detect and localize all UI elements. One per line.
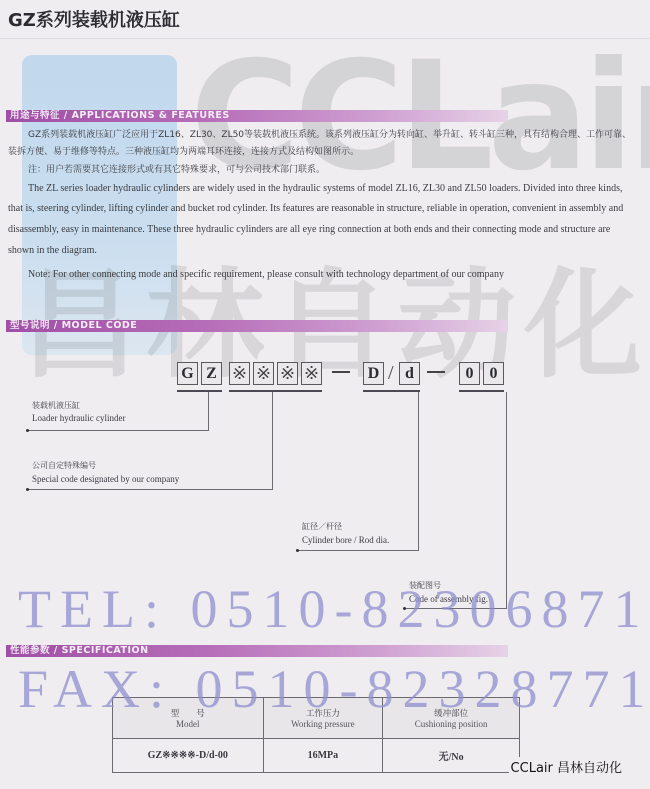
leader-h-1 [28,430,209,431]
page-title: GZ系列装载机液压缸 [8,6,180,32]
applications-en-paragraph: The ZL series loader hydraulic cylinders… [8,179,636,261]
label-en-1: Loader hydraulic cylinder [32,413,125,423]
brand-footer: CCLair 昌林自动化 [509,757,624,776]
code-box-x3: ※ [277,362,298,385]
label-cn-3: 缸径／杆径 [302,521,342,532]
applications-en-note: Note: For other connecting mode and spec… [8,265,636,286]
code-slash: / [388,362,394,385]
table-row: GZ※※※※-D/d-00 16MPa 无/No [113,739,520,773]
title-divider [0,38,650,39]
applications-cn-paragraph: GZ系列装载机液压缸广泛应用于ZL16、ZL30、ZL50等装载机液压系统。该系… [8,127,636,162]
code-dash-1 [332,371,350,373]
code-dash-2 [427,371,445,373]
code-box-x1: ※ [229,362,250,385]
code-box-x2: ※ [253,362,274,385]
section-header-applications: 用途与特征 / APPLICATIONS & FEATURES [6,110,508,122]
section-header-specification: 性能参数 / SPECIFICATION [6,645,508,657]
label-cn-1: 装载机液压缸 [32,400,80,411]
leader-v-3 [418,392,419,550]
label-en-3: Cylinder bore / Rod dia. [302,535,389,545]
leader-h-3 [298,550,419,551]
code-box-z: Z [201,362,222,385]
leader-h-2 [28,489,273,490]
applications-text: GZ系列装载机液压缸广泛应用于ZL16、ZL30、ZL50等装载机液压系统。该系… [8,127,636,286]
leader-v-2 [272,392,273,489]
label-en-2: Special code designated by our company [32,474,179,484]
code-box-rod: d [399,362,420,385]
underline-gz [177,390,222,392]
code-box-0a: 0 [459,362,480,385]
code-box-0b: 0 [483,362,504,385]
leader-dot-3 [296,549,299,552]
underline-special [229,390,322,392]
spec-cell-cushioning: 无/No [383,739,520,773]
leader-dot-1 [26,429,29,432]
underline-bore-rod [363,390,420,392]
leader-dot-2 [26,488,29,491]
spec-cell-pressure: 16MPa [263,739,383,773]
code-box-bore: D [363,362,384,385]
header-en: Working pressure [264,719,383,729]
leader-v-4 [506,392,507,608]
spec-cell-model: GZ※※※※-D/d-00 [113,739,264,773]
applications-cn-note: 注：用户若需要其它连接形式或有其它特殊要求，可与公司技术部门联系。 [8,162,636,179]
underline-assembly [459,390,504,392]
fax-watermark: FAX: 0510-82328771 [18,658,650,720]
leader-v-1 [208,392,209,430]
header-en: Model [113,719,263,729]
code-box-x4: ※ [301,362,322,385]
label-cn-2: 公司自定特殊编号 [32,460,96,471]
code-box-g: G [177,362,198,385]
section-header-model-code: 型号说明 / MODEL CODE [6,320,508,332]
tel-watermark: TEL: 0510-82306871 [18,578,649,640]
header-en: Cushioning position [383,719,519,729]
